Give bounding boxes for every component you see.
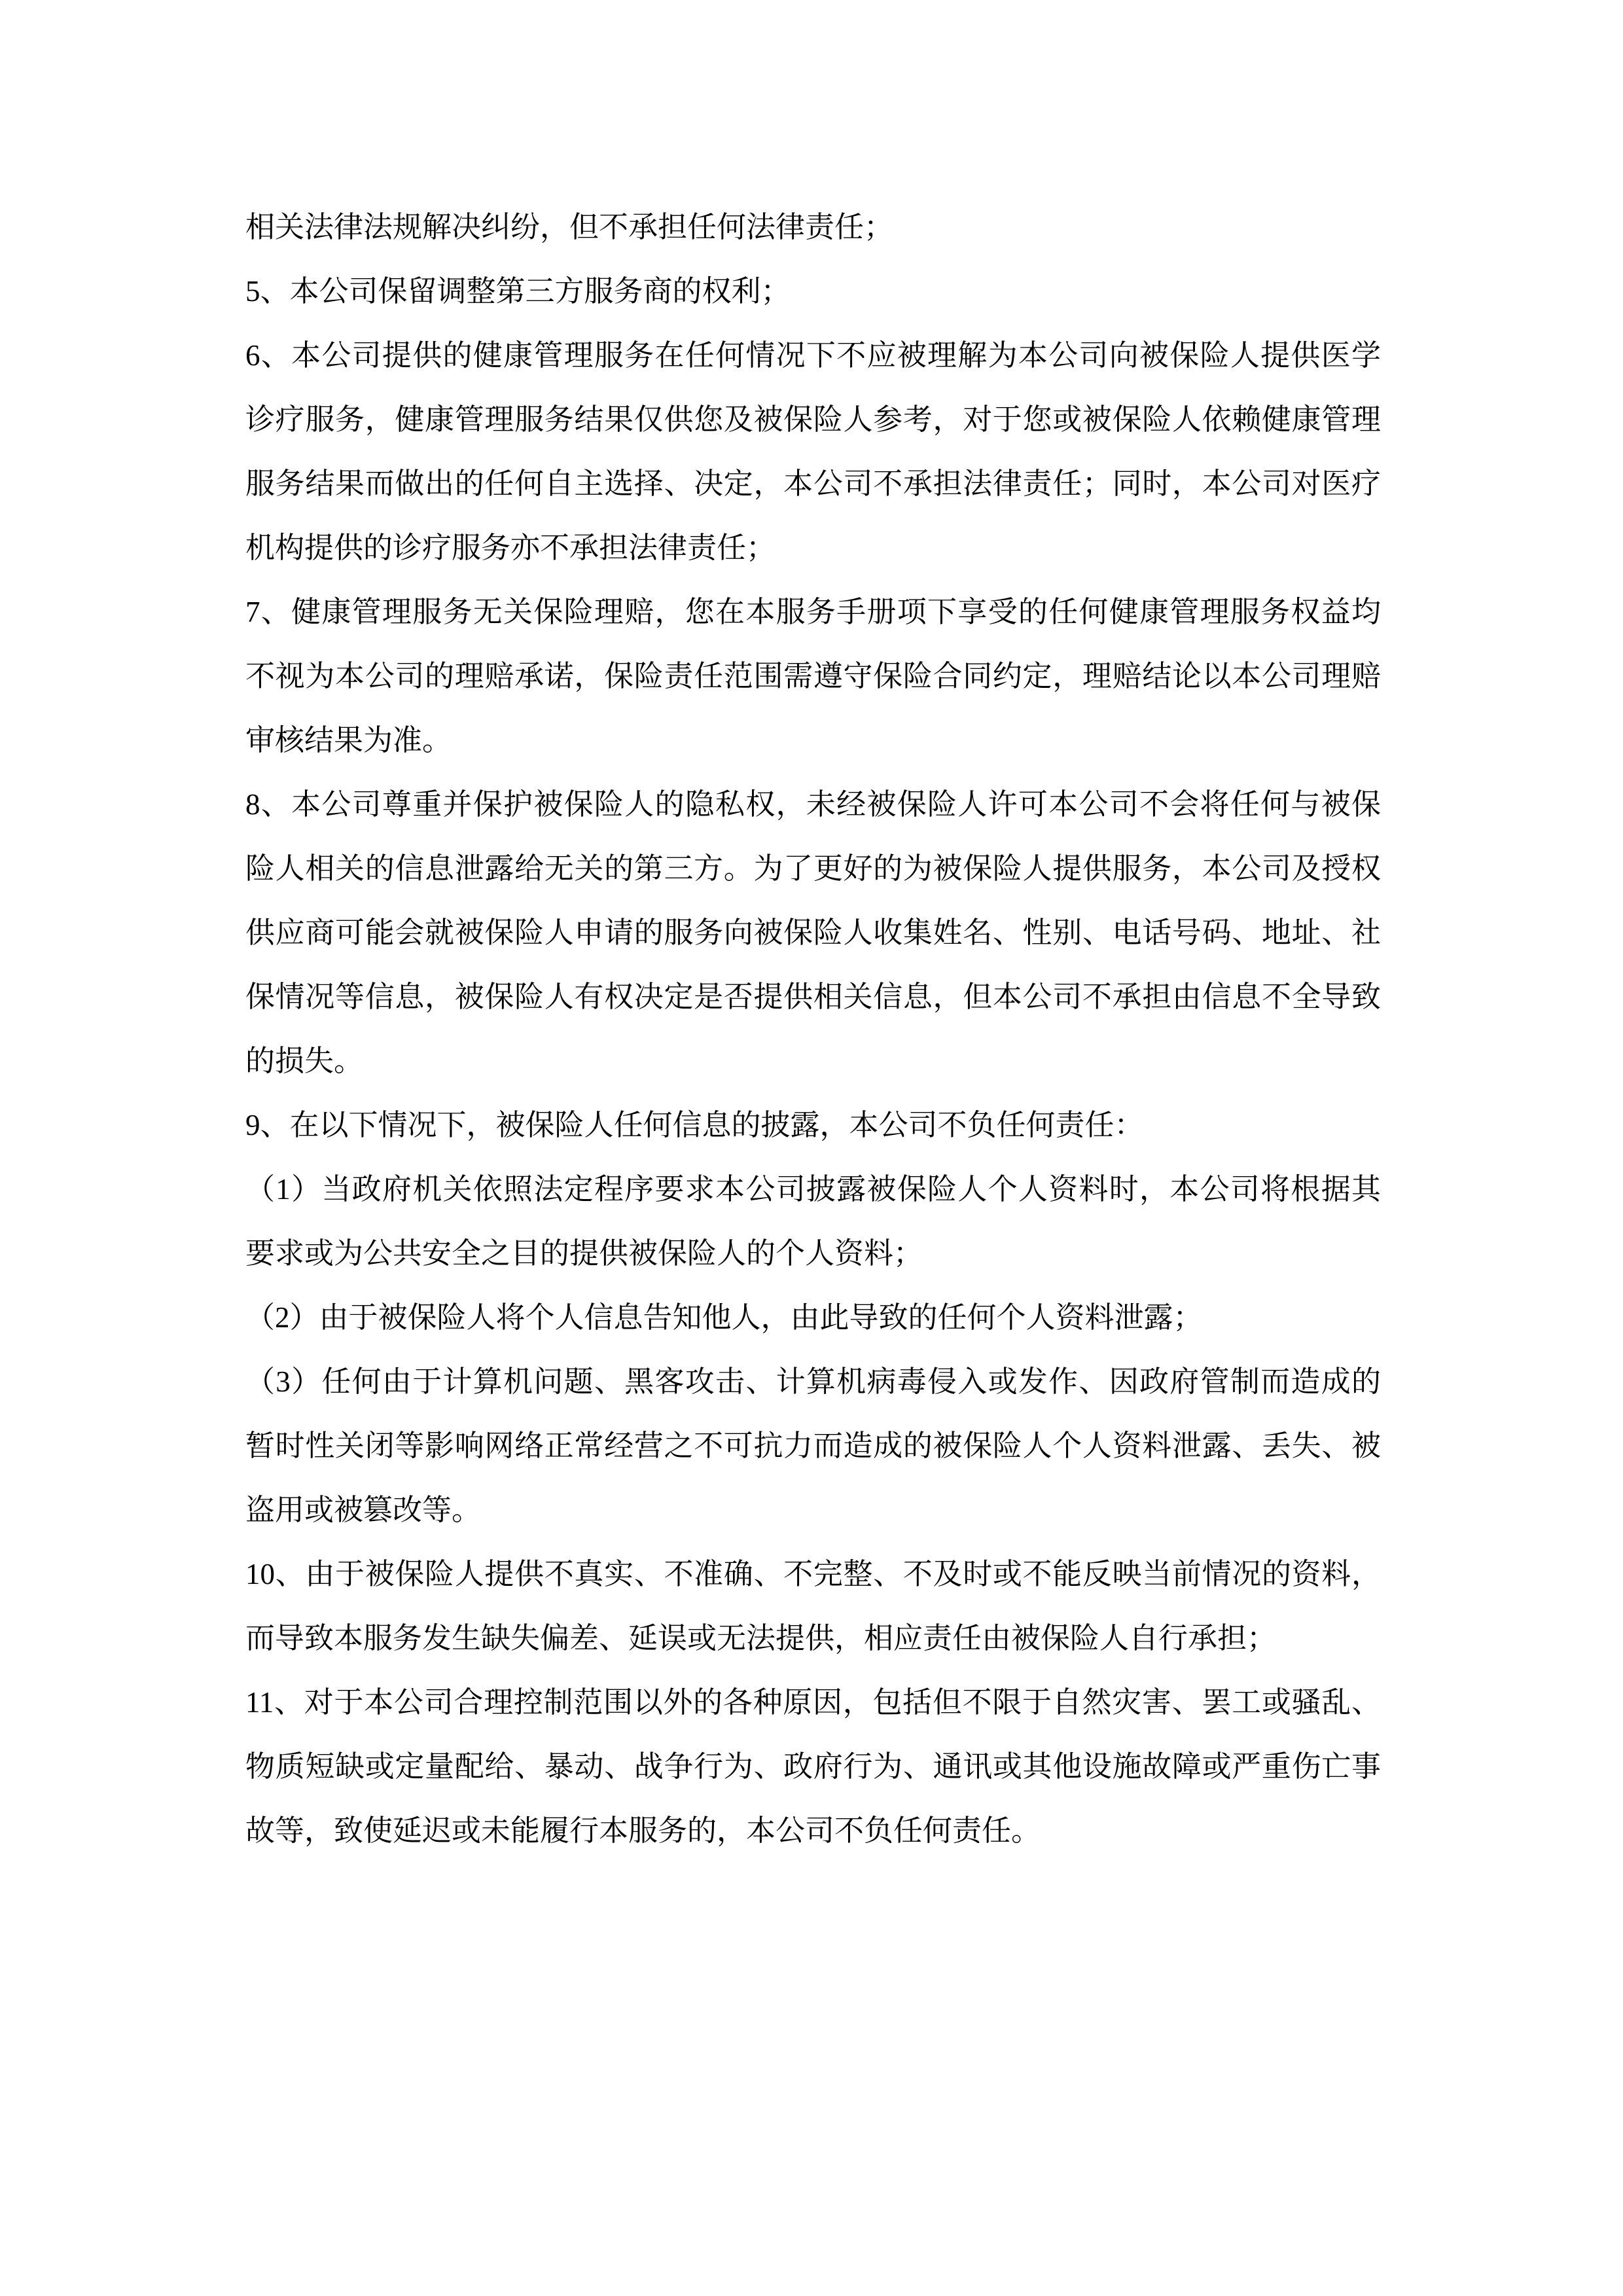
text-line: 6、本公司提供的健康管理服务在任何情况下不应被理解为本公司向被保险人提供医学 (245, 323, 1381, 387)
text-line: 而导致本服务发生缺失偏差、延误或无法提供，相应责任由被保险人自行承担； (245, 1606, 1381, 1670)
text-line: 7、健康管理服务无关保险理赔，您在本服务手册项下享受的任何健康管理服务权益均 (245, 580, 1381, 644)
text-line: 8、本公司尊重并保护被保险人的隐私权，未经被保险人许可本公司不会将任何与被保 (245, 772, 1381, 836)
text-line: 10、由于被保险人提供不真实、不准确、不完整、不及时或不能反映当前情况的资料， (245, 1542, 1381, 1606)
text-line: 9、在以下情况下，被保险人任何信息的披露，本公司不负任何责任： (245, 1093, 1381, 1157)
text-line: 供应商可能会就被保险人申请的服务向被保险人收集姓名、性别、电话号码、地址、社 (245, 901, 1381, 965)
text-line: 盗用或被篡改等。 (245, 1478, 1381, 1542)
document-page: 相关法律法规解决纠纷，但不承担任何法律责任；5、本公司保留调整第三方服务商的权利… (0, 0, 1623, 2296)
text-line: 物质短缺或定量配给、暴动、战争行为、政府行为、通讯或其他设施故障或严重伤亡事 (245, 1734, 1381, 1799)
text-line: （3）任何由于计算机问题、黑客攻击、计算机病毒侵入或发作、因政府管制而造成的 (245, 1350, 1381, 1414)
text-line: 要求或为公共安全之目的提供被保险人的个人资料； (245, 1221, 1381, 1285)
text-line: 不视为本公司的理赔承诺，保险责任范围需遵守保险合同约定，理赔结论以本公司理赔 (245, 644, 1381, 708)
text-line: 5、本公司保留调整第三方服务商的权利； (245, 259, 1381, 323)
text-line: 保情况等信息，被保险人有权决定是否提供相关信息，但本公司不承担由信息不全导致 (245, 965, 1381, 1029)
text-line: 诊疗服务，健康管理服务结果仅供您及被保险人参考，对于您或被保险人依赖健康管理 (245, 387, 1381, 452)
text-line: 险人相关的信息泄露给无关的第三方。为了更好的为被保险人提供服务，本公司及授权 (245, 836, 1381, 901)
text-line: 的损失。 (245, 1029, 1381, 1093)
text-line: 机构提供的诊疗服务亦不承担法律责任； (245, 516, 1381, 580)
text-line: 相关法律法规解决纠纷，但不承担任何法律责任； (245, 195, 1381, 259)
text-line: 11、对于本公司合理控制范围以外的各种原因，包括但不限于自然灾害、罢工或骚乱、 (245, 1670, 1381, 1734)
text-line: 暂时性关闭等影响网络正常经营之不可抗力而造成的被保险人个人资料泄露、丢失、被 (245, 1414, 1381, 1478)
text-line: （2）由于被保险人将个人信息告知他人，由此导致的任何个人资料泄露； (245, 1285, 1381, 1350)
text-line: （1）当政府机关依照法定程序要求本公司披露被保险人个人资料时，本公司将根据其 (245, 1157, 1381, 1221)
text-line: 故等，致使延迟或未能履行本服务的，本公司不负任何责任。 (245, 1799, 1381, 1863)
text-line: 审核结果为准。 (245, 708, 1381, 772)
text-line: 服务结果而做出的任何自主选择、决定，本公司不承担法律责任；同时，本公司对医疗 (245, 452, 1381, 516)
terms-text-block: 相关法律法规解决纠纷，但不承担任何法律责任；5、本公司保留调整第三方服务商的权利… (245, 195, 1381, 1863)
